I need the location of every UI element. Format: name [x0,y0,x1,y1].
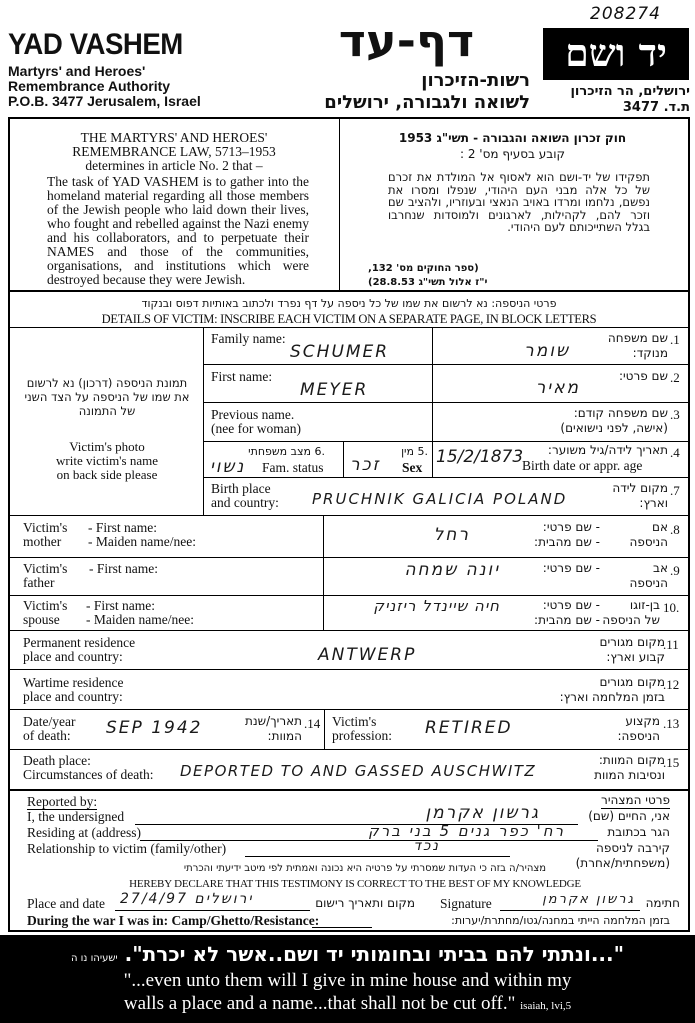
underline [312,927,372,928]
sex-field[interactable]: זכר [350,455,380,475]
mother-he-label: אם הניספה [605,520,668,550]
family-name-he-field[interactable]: שומר [460,341,570,361]
divider [203,441,690,442]
death-date-label: Date/year of death: [23,715,75,743]
details-instructions-he: פרטי הניספה: נא לרשום את שמו של כל ניספה… [12,297,686,310]
signature-he-label: חתימה [635,896,680,911]
first-name-field[interactable]: MEYER [300,380,368,400]
field-number: .3 [670,407,680,423]
undersigned-field[interactable]: גרשון אקרמן [340,803,540,823]
wartime-residence-he-label: מקום מגורים בזמן המלחמה וארץ: [520,675,665,705]
birth-place-he-label: מקום לידה וארץ: [580,481,668,511]
field-number: 10. [663,600,679,616]
place-date-label: Place and date [27,897,105,911]
reporter-he-title: פרטי המצהיר [560,793,670,809]
org-subtitle-1: Martyrs' and Heroes' [8,64,145,79]
photo-instructions-en[interactable]: Victim's photo write victim's name on ba… [18,440,196,482]
details-instructions-en: DETAILS OF VICTIM: INSCRIBE EACH VICTIM … [12,312,686,327]
fam-status-field[interactable]: נשוי [210,457,245,477]
birth-date-field[interactable]: 15/2/1873 [436,447,523,467]
field-number: .4 [670,445,680,461]
divider [8,749,690,750]
law-reference-1: (ספר החוקים מס' 132, [368,263,479,274]
spouse-label: Victim's spouse [23,599,67,627]
photo-instructions-he: תמונת הניספה (דרכון) נא לרשום את שמו של … [18,376,196,418]
spouse-sub-labels: - First name: - Maiden name/nee: [86,599,194,627]
divider [8,595,690,596]
divider [324,709,325,749]
law-body-he: תפקידו של יד-ושם הוא לאסוף אל המולדת את … [388,171,650,234]
sex-he-label: .5 מין [380,444,428,459]
mother-sub-labels: - First name: - Maiden name/nee: [88,521,196,549]
family-name-label: Family name: [211,332,286,346]
father-he-sub-label: - שם פרטי: [500,561,600,576]
divider [8,557,690,558]
logo-subtitle-2: ת.ד. 3477 [540,100,690,115]
divider [8,630,690,631]
declaration-he: מצהיר/ה בזה כי העדות שמסרתי על פרטיה היא… [60,863,670,874]
declaration-en: HEREBY DECLARE THAT THIS TESTIMONY IS CO… [60,878,650,890]
logo-subtitle-1: ירושלים, הר הזיכרון [540,84,690,99]
spouse-he-sub-labels: - שם פרטי: - שם מהבית: [500,598,600,628]
reported-by-title: Reported by: [27,795,97,810]
law-reference-2: י"ז אלול תשי"ג 28.8.53) [368,277,487,288]
first-name-he-label: שם פרטי: [560,369,668,384]
law-title-en: THE MARTYRS' AND HEROES' REMEMBRANCE LAW… [18,131,330,173]
relationship-label: Relationship to victim (family/other) [27,842,226,856]
wartime-residence-label: Wartime residence place and country: [23,676,124,704]
divider [203,402,690,403]
underline [115,910,310,911]
death-date-he-label: תאריך/שנת המוות: [220,714,302,744]
death-date-field[interactable]: SEP 1942 [106,718,202,738]
divider [8,327,690,328]
death-place-label: Death place: Circumstances of death: [23,754,153,782]
signature-label: Signature [440,897,492,911]
wartime-residence-field[interactable] [200,674,500,704]
field-number: .8 [670,522,680,538]
previous-name-he-label: שם משפחה קודם: (אישה, לפני נישואים) [500,406,668,436]
war-location-label: During the war I was in: Camp/Ghetto/Res… [27,914,319,928]
divider [203,477,690,478]
profession-label: Victim's profession: [332,715,392,743]
field-number: .1 [670,332,680,348]
profession-he-label: מקצוע הניספה: [590,714,660,744]
first-name-label: First name: [211,370,272,384]
sex-label: Sex [402,461,422,475]
place-date-field[interactable]: 27/4/97 ירושלים [120,891,254,907]
permanent-residence-field[interactable]: ANTWERP [318,645,416,665]
field-number: .7 [670,483,680,499]
relationship-field[interactable]: נכד [340,838,440,854]
place-date-he-label: מקום ותאריך רישום [305,896,415,911]
divider [8,290,690,292]
divider [323,515,324,630]
war-location-field[interactable] [312,912,372,927]
father-he-label: אב הניספה [605,561,668,591]
birth-place-field[interactable]: PRUCHNIK GALICIA POLAND [312,490,567,508]
fam-status-label: Fam. status [262,461,324,475]
signature-field[interactable]: גרשון אקרמן [505,892,635,907]
death-place-he-label: מקום המוות: ונסיבות המוות [570,753,665,783]
family-name-field[interactable]: SCHUMER [290,342,389,362]
war-location-he-label: בזמן המלחמה הייתי במחנה/גטו/מחתרת/יערות: [370,913,670,928]
field-number: .12 [663,677,679,693]
father-label: Victim's father [23,562,67,590]
hebrew-subtitle-1: רשות-הזיכרון [300,70,530,91]
mother-he-sub-labels: - שם פרטי: - שם מהבית: [500,520,600,550]
father-sub-label: - First name: [89,562,158,576]
death-place-field[interactable]: DEPORTED TO AND GASSED AUSCHWITZ [180,762,536,780]
family-name-he-label: שם משפחה מנוקד: [560,331,668,361]
spouse-he-label: בן-זוגו של הניספה [590,598,660,628]
field-number: .15 [663,755,679,771]
spouse-first-name-field[interactable]: חיה שיינדל ריזניק [325,597,500,615]
father-first-name-field[interactable]: יונה שמחה [340,560,500,580]
divider [203,327,204,515]
document-number: 208274 [590,4,661,24]
fam-status-he-label: .6 מצב משפחתי [245,444,325,459]
hebrew-subtitle-2: לשואה ולגבורה, ירושלים [250,92,530,113]
law-title-he: חוק זכרון השואה והגבורה - תשי"ג 1953 קוב… [360,131,665,161]
previous-name-field[interactable] [300,405,425,435]
field-number: .13 [663,716,679,732]
permanent-residence-label: Permanent residence place and country: [23,636,135,664]
quote-he: "...ונתתי להם בביתי ובחומותי יד ושם..אשר… [0,942,695,966]
mother-first-name-field[interactable]: רחל [380,525,470,545]
isaiah-quote-banner: "...ונתתי להם בביתי ובחומותי יד ושם..אשר… [0,935,695,1023]
divider [8,515,690,516]
permanent-residence-he-label: מקום מגורים קבוע וארץ: [560,635,665,665]
field-number: .11 [663,637,679,653]
divider [8,669,690,670]
law-divider [339,119,340,291]
birth-date-he-label: תאריך לידה/גיל משוער: [520,443,668,458]
yad-vashem-logo: יד ושם [543,28,689,80]
hebrew-page-title: דף-עד [339,16,474,67]
profession-field[interactable]: RETIRED [425,718,513,738]
underline [500,910,640,911]
previous-name-label: Previous name. (nee for woman) [211,408,301,436]
undersigned-he-label: אני, החיים (שם) [575,809,670,824]
birth-date-label: Birth date or appr. age [522,459,642,473]
quote-en-line-2: walls a place and a name...that shall no… [0,993,695,1015]
quote-en-line-1: "...even unto them will I give in mine h… [0,970,695,992]
divider [8,789,690,791]
divider [203,364,690,365]
org-title: YAD VASHEM [8,28,183,62]
divider [8,709,690,710]
undersigned-label: I, the undersigned [27,810,124,824]
law-body-en: The task of YAD VASHEM is to gather into… [47,175,309,287]
divider [343,441,344,477]
address-he-label: הגר בכתובת [595,825,670,840]
field-number: .2 [670,370,680,386]
birth-place-label: Birth place and country: [211,482,279,510]
address-label: Residing at (address) [27,826,141,840]
underline [245,856,510,857]
mother-label: Victim's mother [23,521,67,549]
org-subtitle-2: Remembrance Authority [8,79,170,94]
field-number: .9 [670,563,680,579]
org-address: P.O.B. 3477 Jerusalem, Israel [8,94,201,109]
field-number: .14 [304,716,320,732]
